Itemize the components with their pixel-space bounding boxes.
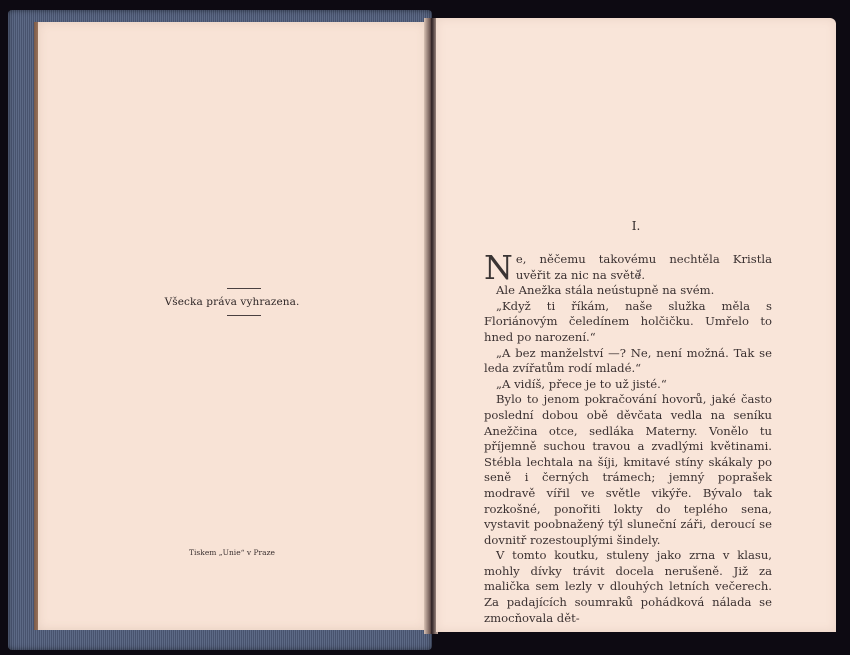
chapter-number: I. (436, 219, 836, 233)
paragraph: V tomto koutku, stuleny jako zrna v klas… (484, 548, 772, 626)
paragraph: „A bez manželství —? Ne, není možná. Tak… (484, 346, 772, 377)
right-page: I. Ne, něčemu takovému nechtěla Kristla … (436, 18, 836, 632)
paragraph: Ale Anežka stála neústupně na svém. (484, 283, 772, 299)
paragraph: „A vidíš, přece je to už jisté.“ (484, 377, 772, 393)
printer-imprint: Tiskem „Unie“ v Praze (38, 548, 426, 557)
body-text: Ne, něčemu takovému nechtěla Kristla uvě… (484, 252, 772, 626)
divider-rule-bottom (227, 315, 261, 316)
left-page: Všecka práva vyhrazena. Tiskem „Unie“ v … (38, 22, 426, 630)
paragraph: Ne, něčemu takovému nechtěla Kristla uvě… (484, 252, 772, 283)
divider-rule-top (227, 288, 261, 289)
drop-cap: N (484, 255, 513, 281)
paragraph: „Když ti říkám, naše služka měla s Flori… (484, 299, 772, 346)
paragraph: Bylo to jenom pokračování hovorů, jaké č… (484, 392, 772, 548)
copyright-notice: Všecka práva vyhrazena. (38, 296, 426, 308)
